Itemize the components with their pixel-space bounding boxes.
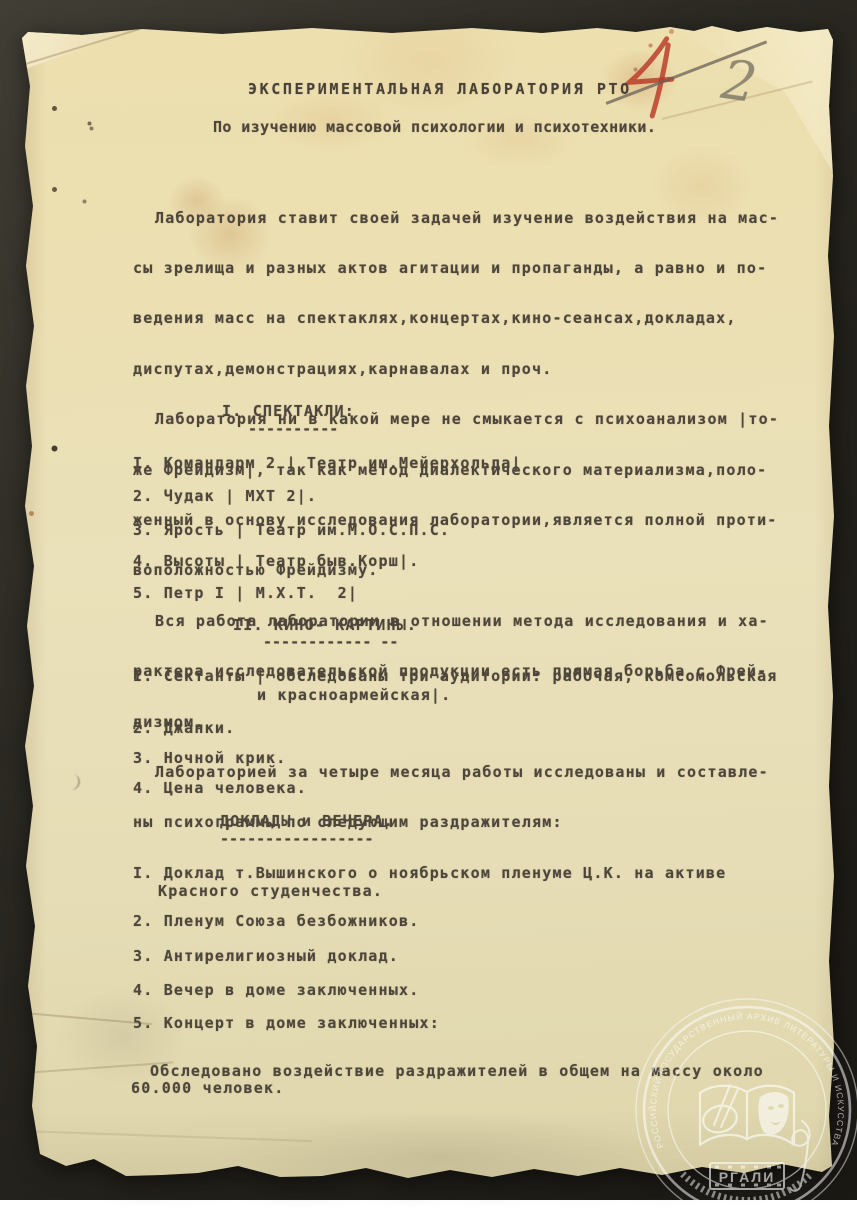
section-heading-lectures: ДОКЛАДЫ и ВЕЧЕРА. bbox=[220, 813, 394, 830]
list-item-continuation: Красного студенчества. bbox=[158, 883, 383, 900]
crease-line bbox=[22, 1130, 312, 1142]
list-item-continuation: и красноармейская|. bbox=[257, 687, 451, 704]
document-title: ЭКСПЕРИМЕНТАЛЬНАЯ ЛАБОРАТОРИЯ РТО bbox=[248, 81, 632, 98]
list-item: 5. Концерт в доме заключенных: bbox=[133, 1015, 440, 1032]
handwritten-pencil-number: 2 bbox=[718, 48, 761, 115]
list-item: I. Командарм 2 | Театр им.Мейерхольда| bbox=[133, 455, 522, 472]
body-line: ведения масс на спектаклях,концертах,кин… bbox=[133, 310, 779, 327]
document-subtitle: По изучению массовой психологии и психот… bbox=[213, 119, 656, 136]
list-item: I. Доклад т.Вышинского о ноябрьском плен… bbox=[133, 865, 726, 882]
body-line: сы зрелища и разных актов агитации и про… bbox=[133, 260, 779, 277]
list-item: 3. Антирелигиозный доклад. bbox=[133, 948, 399, 965]
document-page: 2 ЭКСПЕРИМЕНТАЛЬНАЯ ЛАБОРАТОРИЯ РТО По и… bbox=[22, 26, 835, 1178]
section-heading-films: II. КИНО- КАРТИНЫ. bbox=[233, 617, 417, 634]
heading-underline: ----------------- bbox=[220, 831, 374, 848]
body-line: диспутах,демонстрациях,карнавалах и проч… bbox=[133, 361, 779, 378]
paper-specks bbox=[22, 26, 25, 29]
body-line: Вся работа лаборатории в отношении метод… bbox=[133, 613, 779, 630]
heading-underline: ------------ -- bbox=[263, 634, 398, 651]
list-item: 2. Чудак | МХТ 2|. bbox=[133, 488, 317, 505]
list-item: 3. Ярость | Театр им.М.О.С.П.С. bbox=[133, 522, 450, 539]
list-item: 4. Цена человека. bbox=[133, 780, 307, 797]
body-line: Лаборатория ставит своей задачей изучени… bbox=[133, 210, 779, 227]
pencil-smudge bbox=[65, 773, 82, 791]
list-item: 5. Петр I | М.Х.Т. 2| bbox=[133, 585, 358, 602]
list-item: 2. Джанки. bbox=[133, 720, 235, 737]
list-item: 2. Пленум Союза безбожников. bbox=[133, 913, 419, 930]
list-item: 3. Ночной крик. bbox=[133, 750, 286, 767]
section-heading-spectacles: I. СПЕКТАКЛИ: bbox=[222, 403, 355, 420]
list-item: 4. Вечер в доме заключенных. bbox=[133, 982, 419, 999]
list-item: 4. Высоты | Театр быв.Корш|. bbox=[133, 553, 419, 570]
photo-backdrop: 2 ЭКСПЕРИМЕНТАЛЬНАЯ ЛАБОРАТОРИЯ РТО По и… bbox=[0, 0, 857, 1200]
closing-line: 60.000 человек. bbox=[131, 1080, 284, 1097]
heading-underline: ---------- bbox=[248, 421, 338, 438]
closing-line: Обследовано воздействие раздражителей в … bbox=[150, 1063, 764, 1080]
paper-shadow: 2 ЭКСПЕРИМЕНТАЛЬНАЯ ЛАБОРАТОРИЯ РТО По и… bbox=[22, 26, 835, 1178]
list-item: I. Сектанты | обследованы три аудитории:… bbox=[133, 668, 778, 685]
